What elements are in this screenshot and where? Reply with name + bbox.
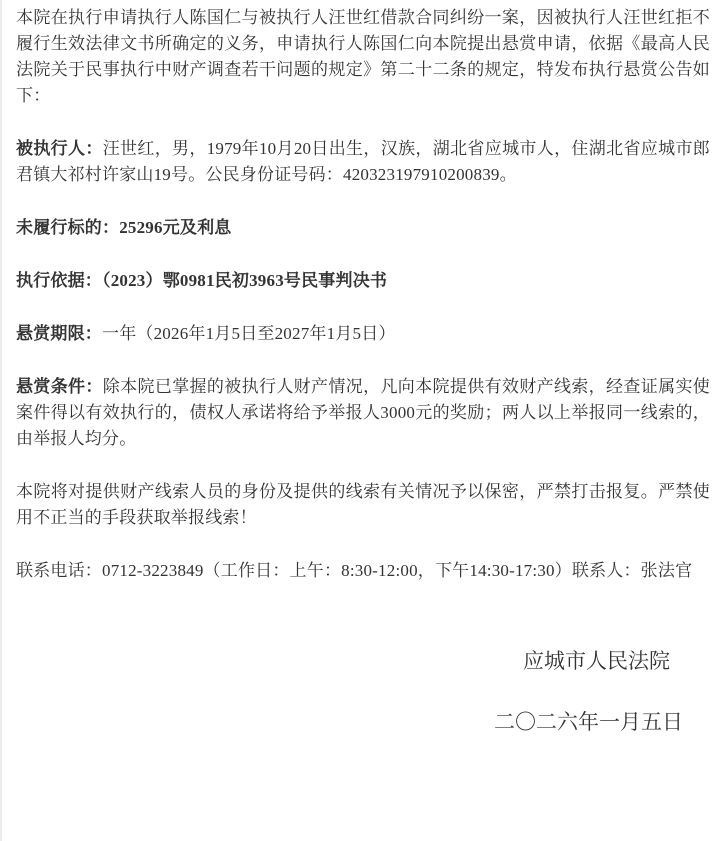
- reward-conditions-label: 悬赏条件：: [16, 377, 103, 396]
- contact-info-paragraph: 联系电话：0712-3223849（工作日：上午：8:30-12:00，下午14…: [16, 558, 710, 584]
- execution-basis-value: （2023）鄂0981民初3963号民事判决书: [102, 271, 387, 290]
- reward-conditions-value: 除本院已掌握的被执行人财产情况，凡向本院提供有效财产线索，经查证属实使案件得以有…: [16, 377, 710, 448]
- intro-paragraph: 本院在执行申请执行人陈国仁与被执行人汪世红借款合同纠纷一案，因被执行人汪世红拒不…: [16, 5, 710, 109]
- reward-conditions-paragraph: 悬赏条件：除本院已掌握的被执行人财产情况，凡向本院提供有效财产线索，经查证属实使…: [16, 374, 710, 452]
- reward-period-label: 悬赏期限：: [16, 324, 102, 343]
- announcement-document: 本院在执行申请执行人陈国仁与被执行人汪世红借款合同纠纷一案，因被执行人汪世红拒不…: [0, 0, 725, 841]
- executee-label: 被执行人：: [16, 139, 103, 158]
- executee-info-paragraph: 被执行人：汪世红，男，1979年10月20日出生，汉族，湖北省应城市人，住湖北省…: [16, 136, 710, 188]
- reward-period-paragraph: 悬赏期限：一年（2026年1月5日至2027年1月5日）: [16, 321, 710, 347]
- unfulfilled-target-paragraph: 未履行标的：25296元及利息: [16, 215, 710, 241]
- court-name: 应城市人民法院: [16, 646, 710, 676]
- issue-date: 二〇二六年一月五日: [16, 707, 710, 737]
- execution-basis-paragraph: 执行依据：（2023）鄂0981民初3963号民事判决书: [16, 268, 710, 294]
- unfulfilled-target-value: 25296元及利息: [119, 218, 231, 237]
- execution-basis-label: 执行依据：: [16, 271, 102, 290]
- confidentiality-paragraph: 本院将对提供财产线索人员的身份及提供的线索有关情况予以保密，严禁打击报复。严禁使…: [16, 479, 710, 531]
- unfulfilled-target-label: 未履行标的：: [16, 218, 119, 237]
- executee-value: 汪世红，男，1979年10月20日出生，汉族，湖北省应城市人，住湖北省应城市郎君…: [16, 139, 710, 184]
- reward-period-value: 一年（2026年1月5日至2027年1月5日）: [102, 324, 396, 343]
